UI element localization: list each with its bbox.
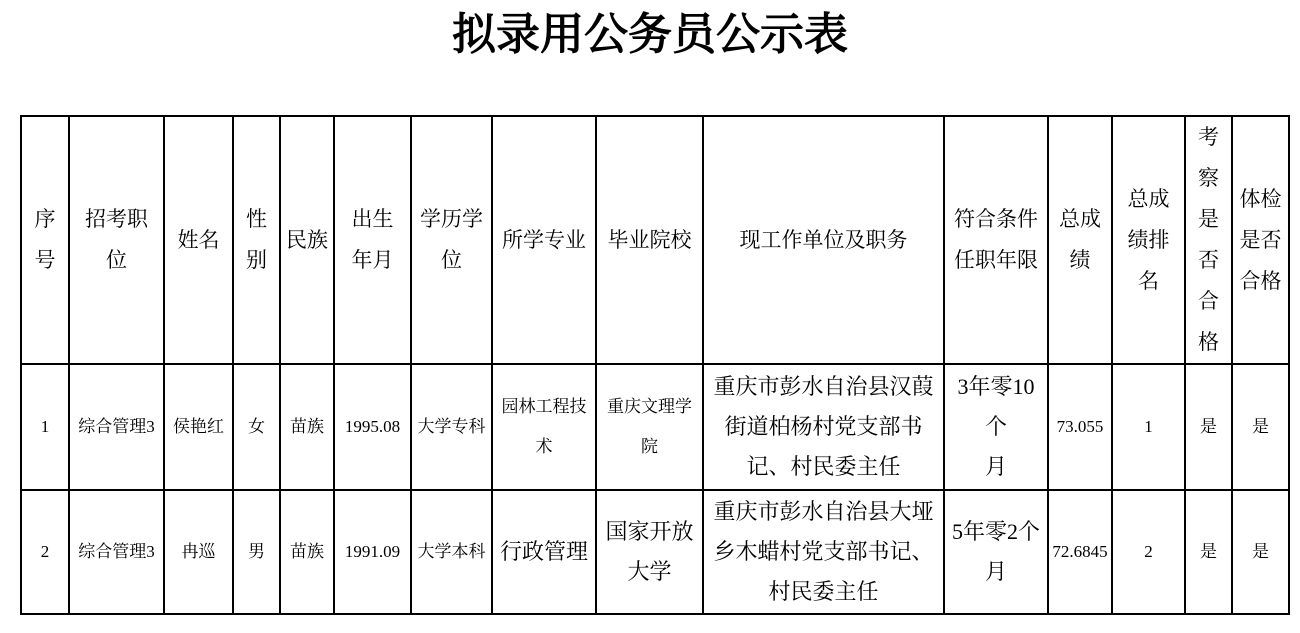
cell-ethnicity: 苗族 xyxy=(280,490,334,614)
cell-school: 国家开放 大学 xyxy=(596,490,703,614)
cell-ethnicity: 苗族 xyxy=(280,364,334,490)
cell-gender: 女 xyxy=(233,364,280,490)
page-title: 拟录用公务员公示表 xyxy=(0,8,1300,62)
col-header-inspection: 考 察 是 否 合 格 xyxy=(1185,116,1232,364)
page: 拟录用公务员公示表 序 号 招考职 位 姓名 性 别 民族 出生 年月 学历学 … xyxy=(0,8,1300,615)
cell-work-unit: 重庆市彭水自治县汉葭 街道柏杨村党支部书 记、村民委主任 xyxy=(703,364,944,490)
cell-name: 冉巡 xyxy=(164,490,233,614)
cell-school: 重庆文理学院 xyxy=(596,364,703,490)
col-header-position: 招考职 位 xyxy=(69,116,164,364)
table-row: 1 综合管理3 侯艳红 女 苗族 1995.08 大学专科 园林工程技术 重庆文… xyxy=(21,364,1289,490)
cell-index: 1 xyxy=(21,364,69,490)
cell-education: 大学本科 xyxy=(411,490,492,614)
col-header-ethnicity: 民族 xyxy=(280,116,334,364)
col-header-index: 序 号 xyxy=(21,116,69,364)
cell-inspection: 是 xyxy=(1185,364,1232,490)
cell-birth-date: 1995.08 xyxy=(334,364,411,490)
cell-major: 行政管理 xyxy=(492,490,596,614)
col-header-physical: 体检 是否 合格 xyxy=(1232,116,1289,364)
col-header-birth-date: 出生 年月 xyxy=(334,116,411,364)
col-header-education: 学历学 位 xyxy=(411,116,492,364)
col-header-work-unit: 现工作单位及职务 xyxy=(703,116,944,364)
col-header-major: 所学专业 xyxy=(492,116,596,364)
cell-score-rank: 2 xyxy=(1112,490,1185,614)
cell-physical: 是 xyxy=(1232,490,1289,614)
cell-position: 综合管理3 xyxy=(69,364,164,490)
cell-tenure: 5年零2个 月 xyxy=(944,490,1048,614)
cell-birth-date: 1991.09 xyxy=(334,490,411,614)
cell-gender: 男 xyxy=(233,490,280,614)
col-header-tenure: 符合条件 任职年限 xyxy=(944,116,1048,364)
table-header-row: 序 号 招考职 位 姓名 性 别 民族 出生 年月 学历学 位 所学专业 毕业院… xyxy=(21,116,1289,364)
cell-name: 侯艳红 xyxy=(164,364,233,490)
cell-index: 2 xyxy=(21,490,69,614)
cell-total-score: 72.6845 xyxy=(1048,490,1112,614)
col-header-name: 姓名 xyxy=(164,116,233,364)
col-header-gender: 性 别 xyxy=(233,116,280,364)
cell-inspection: 是 xyxy=(1185,490,1232,614)
cell-education: 大学专科 xyxy=(411,364,492,490)
cell-position: 综合管理3 xyxy=(69,490,164,614)
table-row: 2 综合管理3 冉巡 男 苗族 1991.09 大学本科 行政管理 国家开放 大… xyxy=(21,490,1289,614)
cell-total-score: 73.055 xyxy=(1048,364,1112,490)
col-header-school: 毕业院校 xyxy=(596,116,703,364)
cell-physical: 是 xyxy=(1232,364,1289,490)
cell-major: 园林工程技术 xyxy=(492,364,596,490)
cell-score-rank: 1 xyxy=(1112,364,1185,490)
recruitment-notice-table: 序 号 招考职 位 姓名 性 别 民族 出生 年月 学历学 位 所学专业 毕业院… xyxy=(20,115,1290,615)
col-header-score-rank: 总成 绩排 名 xyxy=(1112,116,1185,364)
cell-tenure: 3年零10个 月 xyxy=(944,364,1048,490)
cell-work-unit: 重庆市彭水自治县大垭 乡木蜡村党支部书记、 村民委主任 xyxy=(703,490,944,614)
col-header-total-score: 总成 绩 xyxy=(1048,116,1112,364)
